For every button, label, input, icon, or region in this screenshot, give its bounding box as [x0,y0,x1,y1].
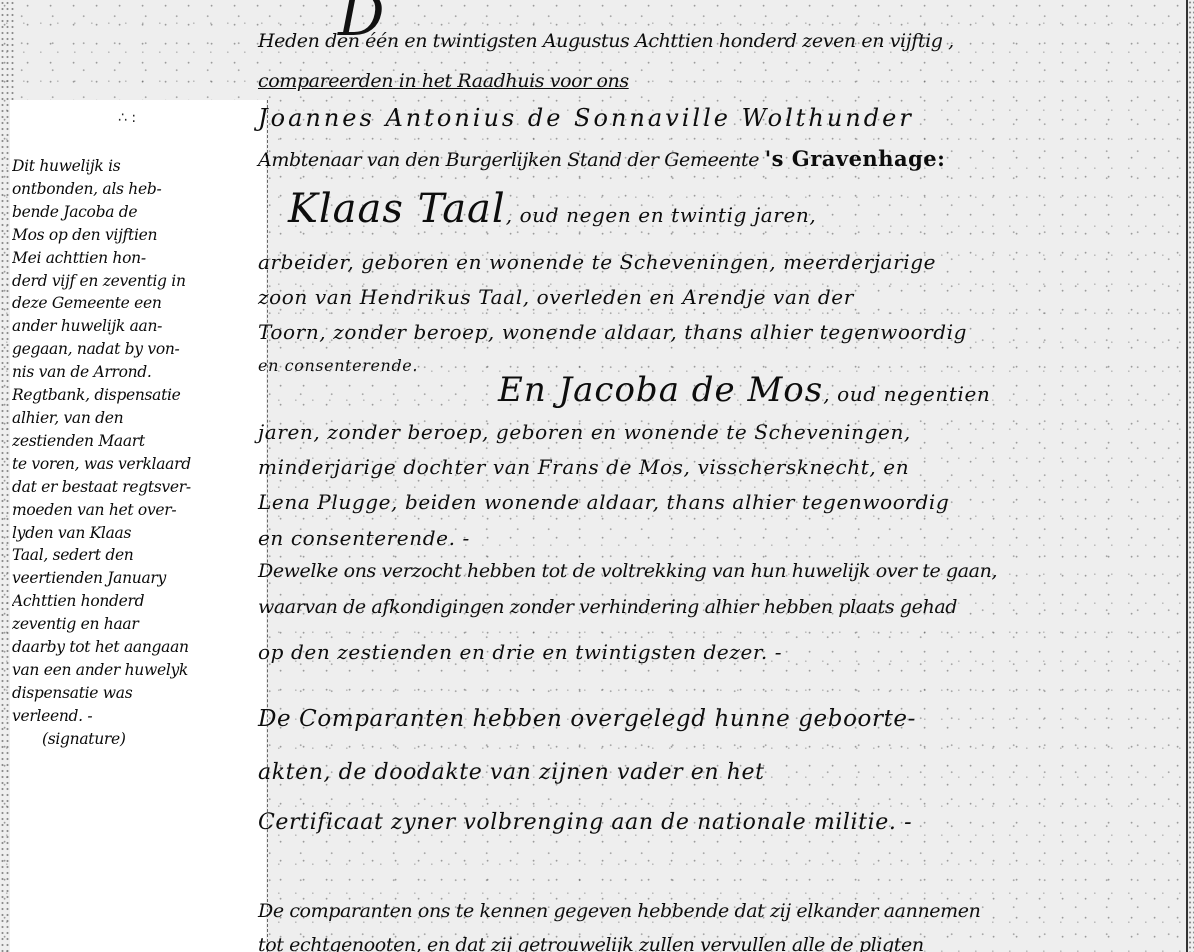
scan-edge-right [1186,0,1194,952]
margin-line: dat er bestaat regtsver- [12,476,267,499]
margin-signature: (signature) [12,728,267,751]
margin-line: veertienden January [12,567,267,590]
margin-line: derd vijf en zeventig in [12,270,267,293]
bride-age: , oud negentien [823,382,990,406]
bride-intro-line: En Jacoba de Mos, oud negentien [498,370,990,410]
margin-line: lyden van Klaas [12,522,267,545]
margin-line: Taal, sedert den [12,544,267,567]
margin-line: zestienden Maart [12,430,267,453]
margin-line: daarby tot het aangaan [12,636,267,659]
margin-marks: ∴ : [118,110,136,126]
official-title: Ambtenaar van den Burgerlijken Stand der… [258,149,765,171]
groom-name: Klaas Taal [288,186,506,232]
groom-intro-line: Klaas Taal, oud negen en twintig jaren, [288,186,816,232]
documents-line: akten, de doodakte van zijnen vader en h… [258,760,765,785]
margin-line: gegaan, nadat by von- [12,338,267,361]
margin-line: dispensatie was [12,682,267,705]
margin-line: nis van de Arrond. [12,361,267,384]
closing-line: De comparanten ons te kennen gegeven heb… [258,900,980,922]
bride-line: jaren, zonder beroep, geboren en wonende… [258,420,911,444]
documents-line: Certificaat zyner volbrenging aan de nat… [258,810,912,835]
groom-line: en consenterende. [258,356,418,375]
record-appearance-line: compareerden in het Raadhuis voor ons [258,70,629,92]
groom-line: arbeider, geboren en wonende te Scheveni… [258,250,936,274]
margin-line: deze Gemeente een [12,292,267,315]
closing-line: tot echtgenooten, en dat zij getrouwelij… [258,934,924,952]
margin-line: verleend. - [12,705,267,728]
margin-line: ander huwelijk aan- [12,315,267,338]
margin-line: Achttien honderd [12,590,267,613]
margin-line: van een ander huwelyk [12,659,267,682]
request-line: op den zestienden en drie en twintigsten… [258,640,782,664]
record-date-line: Heden den één en twintigsten Augustus Ac… [258,30,954,52]
margin-line: Dit huwelijk is [12,155,267,178]
bride-line: minderjarige dochter van Frans de Mos, v… [258,455,909,479]
bride-line: Lena Plugge, beiden wonende aldaar, than… [258,490,949,514]
request-line: Dewelke ons verzocht hebben tot de voltr… [258,560,997,582]
groom-age: , oud negen en twintig jaren, [506,203,817,227]
groom-line: zoon van Hendrikus Taal, overleden en Ar… [258,285,854,309]
margin-line: Regtbank, dispensatie [12,384,267,407]
bride-name: En Jacoba de Mos [498,370,823,410]
margin-line: Mos op den vijftien [12,224,267,247]
margin-line: te voren, was verklaard [12,453,267,476]
documents-line: De Comparanten hebben overgelegd hunne g… [258,706,916,732]
margin-line: bende Jacoba de [12,201,267,224]
margin-annotation: Dit huwelijk is ontbonden, als heb- bend… [12,155,267,751]
margin-line: alhier, van den [12,407,267,430]
request-line: waarvan de afkondigingen zonder verhinde… [258,596,957,618]
bride-line: en consenterende. - [258,526,470,550]
margin-line: Mei achttien hon- [12,247,267,270]
municipality-name: 's Gravenhage: [765,146,946,171]
margin-line: moeden van het over- [12,499,267,522]
official-name: Joannes Antonius de Sonnaville Wolthunde… [258,104,914,132]
margin-line: ontbonden, als heb- [12,178,267,201]
groom-line: Toorn, zonder beroep, wonende aldaar, th… [258,320,967,344]
margin-line: zeventig en haar [12,613,267,636]
official-title-line: Ambtenaar van den Burgerlijken Stand der… [258,146,945,171]
